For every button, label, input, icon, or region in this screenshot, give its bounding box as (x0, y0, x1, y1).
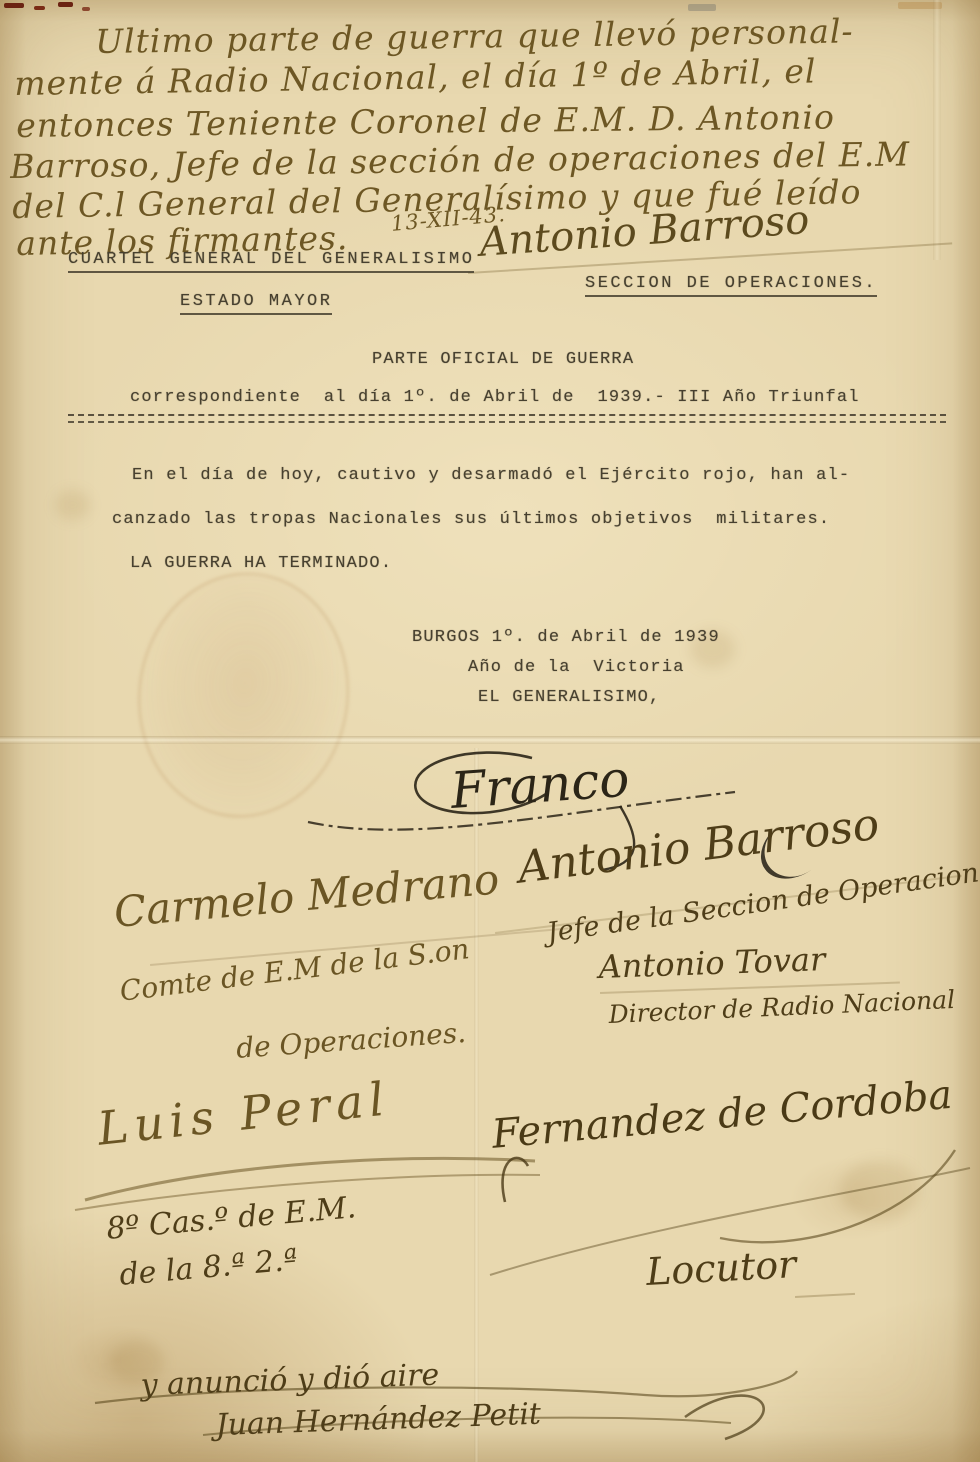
dateline-place: BURGOS 1º. de Abril de 1939 (412, 628, 720, 647)
letterhead-section: SECCION DE OPERACIONES. (585, 274, 877, 297)
signature-title-medrano-2: de Operaciones. (235, 1016, 467, 1065)
paper-speck (58, 2, 73, 7)
signature-tovar: Antonio Tovar (598, 940, 826, 986)
dateline-year: Año de la Victoria (468, 658, 685, 677)
dispatch-subtitle: correspondiente al día 1º. de Abril de 1… (130, 388, 860, 407)
dateline-office: EL GENERALISIMO, (478, 688, 660, 707)
paper-speck (82, 7, 90, 11)
body-line-1: En el día de hoy, cautivo y desarmadó el… (132, 466, 850, 485)
paper-speck (4, 3, 24, 8)
foxing-spot (55, 490, 90, 520)
war-dispatch-document: Ultimo parte de guerra que llevó persona… (0, 0, 980, 1462)
fold-crease-corner (933, 0, 941, 260)
paper-speck (34, 6, 45, 10)
body-line-3: LA GUERRA HA TERMINADO. (130, 554, 392, 573)
signature-title-locutor: Locutor (645, 1242, 797, 1294)
body-line-2: canzado las tropas Nacionales sus último… (112, 510, 830, 529)
signature-peral: Luis Peral (95, 1071, 392, 1155)
franco-signature: Franco (448, 750, 631, 820)
signature-title-medrano-1: Comte de E.M de la S.on (118, 932, 471, 1008)
double-rule (68, 414, 946, 423)
letterhead-hq: CUARTEL GENERAL DEL GENERALISIMO (68, 250, 474, 273)
dispatch-title: PARTE OFICIAL DE GUERRA (372, 350, 634, 369)
paper-speck (688, 4, 716, 11)
signature-title-peral-2: de la 8.ª 2.ª (118, 1242, 299, 1292)
letterhead-staff: ESTADO MAYOR (180, 292, 332, 315)
